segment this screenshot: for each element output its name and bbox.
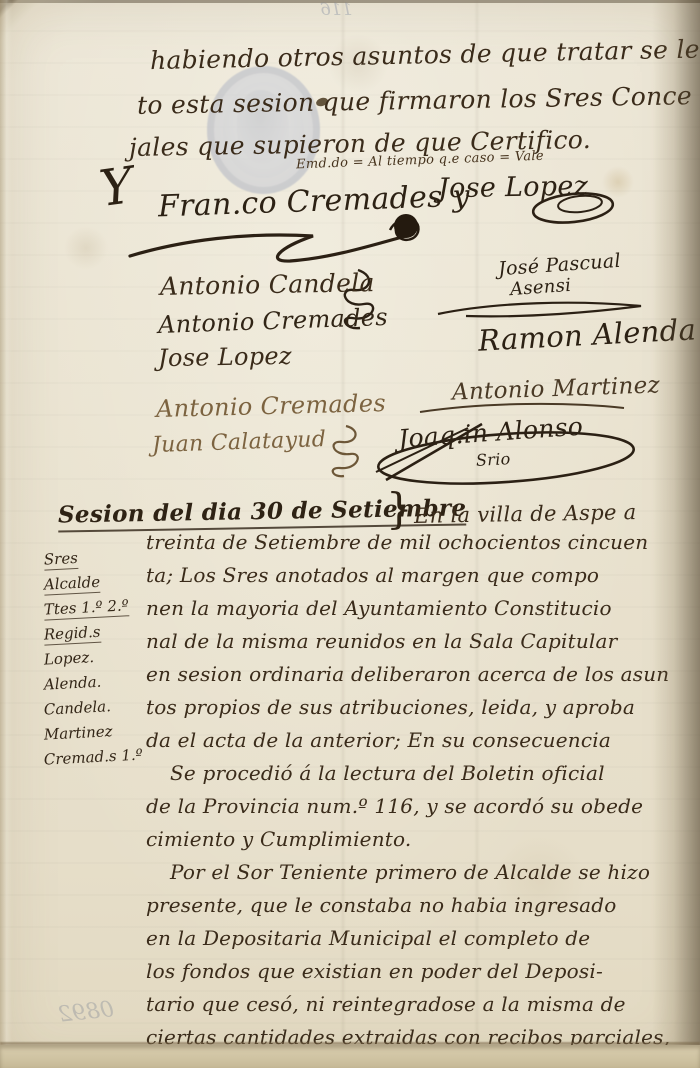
signature-flourish [528,186,618,230]
body-line: los fondos que existian en poder del Dep… [146,959,674,992]
signature-asensi: Asensi [509,275,572,300]
body-line: tos propios de sus atribuciones, leida, … [146,695,674,728]
body-line: nen la mayoria del Ayuntamiento Constitu… [146,596,674,629]
binding-shadow-right-edge [652,0,700,1068]
body-line: Se procedió á la lectura del Boletin ofi… [146,761,674,794]
body-line: en sesion ordinaria deliberaron acerca d… [146,662,674,695]
body-line: ta; Los Sres anotados al margen que comp… [146,563,674,596]
body-line: cimiento y Cumplimiento. [146,827,674,860]
signature-antonio-martinez: Antonio Martinez [452,372,661,405]
bleedthrough-number: 0892 [57,997,115,1028]
session-opening-line: En la villa de Aspe a [414,500,637,528]
secretary-abbreviation: Srio [476,449,512,470]
body-line: treinta de Setiembre de mil ochocientos … [146,530,674,563]
session-body-text: treinta de Setiembre de mil ochocientos … [146,530,674,1058]
manuscript-page: 116 0892 habiendo otros asuntos de que t… [0,0,700,1068]
signature-flourish [128,210,448,272]
top-left-corner-crease [0,0,130,78]
margin-name: Cremad.s 1.º [43,745,146,775]
body-line: tario que cesó, ni reintegradose a la mi… [146,992,674,1025]
signature-antonio-cremades-2: Antonio Cremades [156,389,387,423]
body-line: da el acta de la anterior; En su consecu… [146,728,674,761]
next-page-edge-strip [0,1045,700,1068]
signature-paraph-initial: Y [96,156,137,218]
body-line: Por el Sor Teniente primero de Alcalde s… [146,860,674,893]
body-line: presente, que le constaba no habia ingre… [146,893,674,926]
body-line: nal de la misma reunidos en la Sala Capi… [146,629,674,662]
margin-attendee-list: Sres Alcalde Ttes 1.º 2.º Regid.s Lopez.… [44,548,146,773]
signature-jose-lopez: Jose Lopez [158,342,292,372]
signature-antonio-candela: Antonio Candela [160,268,375,301]
signature-juan-calatayud: Juan Calatayud [152,427,327,458]
body-line: en la Depositaria Municipal el completo … [146,926,674,959]
page-left-torn-edge [0,0,12,1068]
closing-line: habiendo otros asuntos de que tratar se … [150,34,700,75]
bleedthrough-page-number: 116 [320,0,352,20]
heading-brace: } [386,484,413,533]
body-line: de la Provincia num.º 116, y se acordó s… [146,794,674,827]
